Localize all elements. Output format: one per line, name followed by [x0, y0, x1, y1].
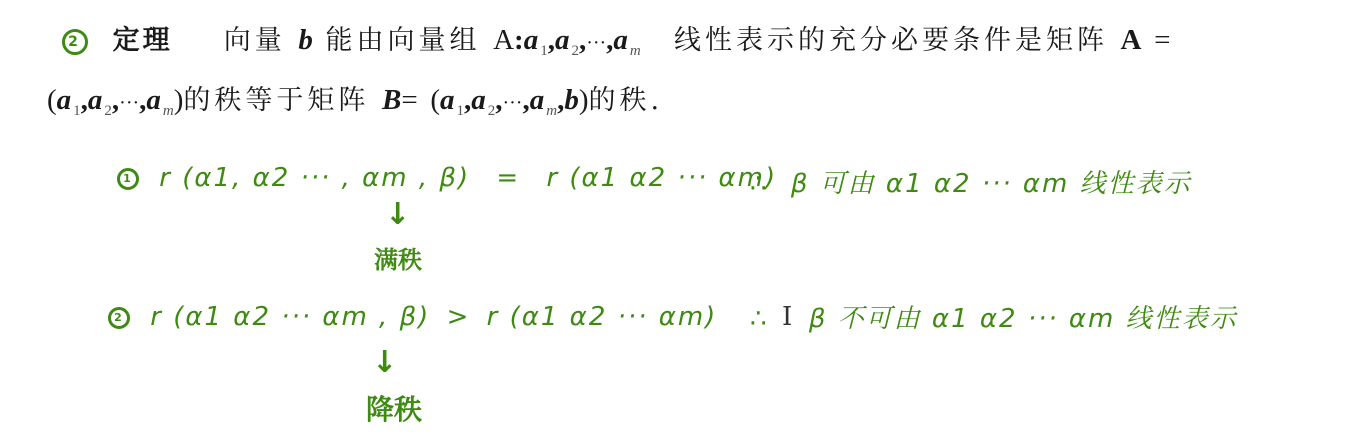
- ellipsis: ···: [119, 92, 139, 114]
- theorem-label: 定理: [113, 25, 173, 56]
- text-cursor-icon: I: [782, 302, 792, 332]
- vector-a2: a2: [88, 84, 112, 116]
- circled-number-icon: 2: [62, 29, 88, 55]
- paren-open: (: [47, 84, 57, 116]
- vector-a1: a1: [57, 84, 81, 116]
- matrix-a: A: [1121, 24, 1142, 56]
- note-1-lhs: r (α1, α2 ··· , αm , β): [159, 163, 470, 193]
- down-arrow-icon: ↓: [385, 197, 410, 232]
- matrix-b: B: [382, 84, 401, 116]
- note-1-conclusion: ∴ β 可由 α1 α2 ··· αm 线性表示: [750, 163, 1192, 200]
- therefore-icon: ∴: [750, 304, 769, 334]
- colon: :: [514, 24, 524, 56]
- text-mid: 能由向量组: [325, 25, 480, 56]
- vector-am: am: [146, 84, 173, 116]
- set-name: A: [493, 24, 514, 56]
- note-2-conclusion-text: β 不可由 α1 α2 ··· αm 线性表示: [809, 304, 1238, 334]
- therefore-icon: ∴: [750, 169, 769, 199]
- note-1-conclusion-text: β 可由 α1 α2 ··· αm 线性表示: [791, 169, 1192, 199]
- text-intro: 向量: [224, 25, 286, 56]
- note-2-annotation: 降秩: [366, 388, 422, 428]
- down-arrow-icon: ↓: [372, 345, 397, 380]
- vector-a1: a1: [524, 24, 548, 56]
- text-rank-equal: 的秩等于矩阵: [183, 85, 369, 116]
- text-rank-end: 的秩.: [588, 85, 663, 116]
- vector-b: b: [564, 84, 579, 116]
- text-rest: 线性表示的充分必要条件是矩阵: [674, 25, 1108, 56]
- ellipsis: ···: [586, 32, 606, 54]
- circled-number-icon: 2: [108, 307, 130, 329]
- note-1-rhs: r (α1 α2 ··· αm): [546, 163, 777, 193]
- note-2-relation: >: [447, 302, 471, 332]
- note-1-annotation: 满秩: [374, 240, 422, 275]
- note-1-relation: =: [496, 163, 520, 193]
- vector-a2: a2: [555, 24, 579, 56]
- vector-b: b: [298, 24, 313, 56]
- note-2-conclusion: ∴ β 不可由 α1 α2 ··· αm 线性表示: [750, 298, 1238, 335]
- paren-close: ): [174, 84, 184, 116]
- note-2-rhs: r (α1 α2 ··· αm): [487, 302, 718, 332]
- equals-sign: =: [401, 84, 417, 116]
- note-2-lhs: r (α1 α2 ··· αm , β): [150, 302, 430, 332]
- vector-am: am: [613, 24, 640, 56]
- theorem-line-2: (a1,a2,···,am)的秩等于矩阵 B= (a1,a2,···,am,b)…: [47, 83, 663, 128]
- note-2-equation: 2 r (α1 α2 ··· αm , β) > r (α1 α2 ··· αm…: [108, 302, 717, 332]
- circled-number-icon: 1: [117, 168, 139, 190]
- theorem-line-1: 2 定理 向量 b 能由向量组 A:a1,a2,···,am 线性表示的充分必要…: [62, 23, 1170, 68]
- equals-sign: =: [1154, 24, 1170, 56]
- note-1-equation: 1 r (α1, α2 ··· , αm , β) = r (α1 α2 ···…: [117, 163, 777, 193]
